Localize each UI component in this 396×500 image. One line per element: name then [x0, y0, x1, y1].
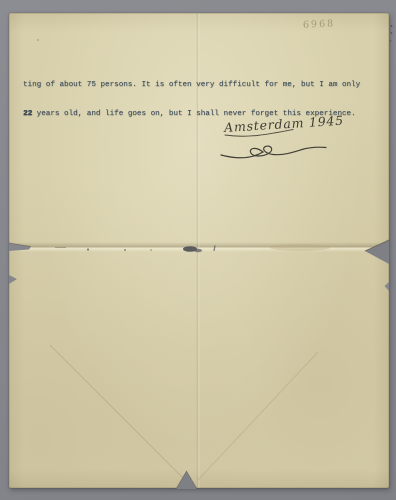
- edge-speck-2: [391, 32, 393, 34]
- edge-speck-1: [391, 25, 393, 27]
- archival-photo-background: ting of about 75 persons. It is often ve…: [0, 0, 396, 500]
- edge-speck-3: [390, 40, 391, 41]
- typed-line-1: ting of about 75 persons. It is often ve…: [23, 81, 373, 91]
- pencil-inscription: 6968: [303, 18, 336, 31]
- typed-line-2-overstruck-number: 22: [23, 110, 32, 118]
